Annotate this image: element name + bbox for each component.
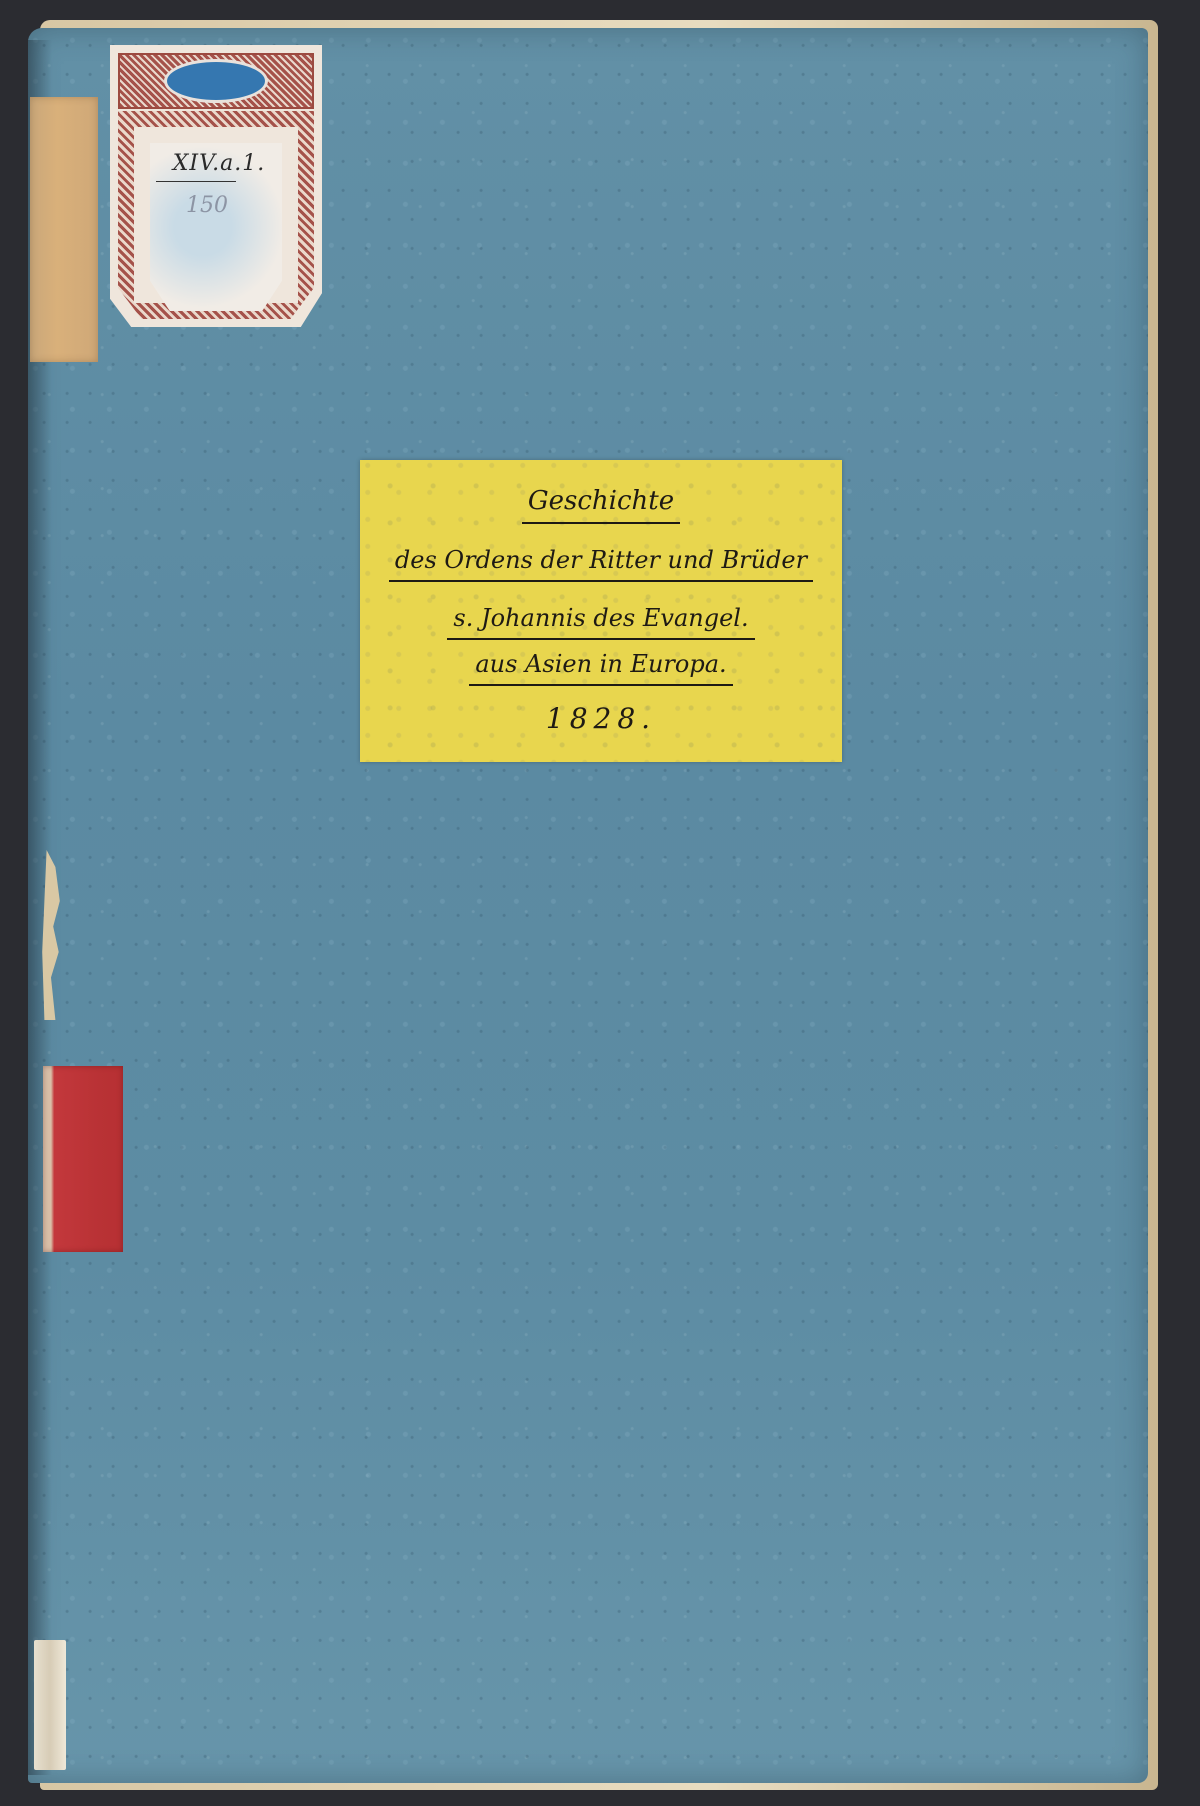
title-line-2: des Ordens der Ritter und Brüder: [360, 546, 842, 582]
title-line-3: s. Johannis des Evangel.: [360, 604, 842, 640]
shelfmark-text: XIV.a.1.: [154, 151, 284, 176]
spine-label-red: [43, 1066, 123, 1252]
title-line-1: Geschichte: [360, 486, 842, 524]
oval-cartouche: [164, 59, 268, 103]
shelfmark-label: XIV.a.1. 150: [110, 45, 322, 327]
title-year: 1828.: [360, 702, 842, 741]
title-label: Geschichte des Ordens der Ritter und Brü…: [360, 460, 842, 762]
spine-label-top: [30, 97, 98, 362]
shelfmark-underline: [156, 181, 236, 182]
title-heading: Geschichte: [522, 486, 680, 524]
title-subtitle-3: aus Asien in Europa.: [469, 650, 732, 686]
spine-paper-strip: [34, 1640, 66, 1770]
title-line-4: aus Asien in Europa.: [360, 650, 842, 686]
title-subtitle-2: s. Johannis des Evangel.: [447, 604, 754, 640]
pencil-note: 150: [186, 193, 228, 218]
year-text: 1828.: [540, 702, 662, 741]
title-subtitle-1: des Ordens der Ritter und Brüder: [389, 546, 813, 582]
